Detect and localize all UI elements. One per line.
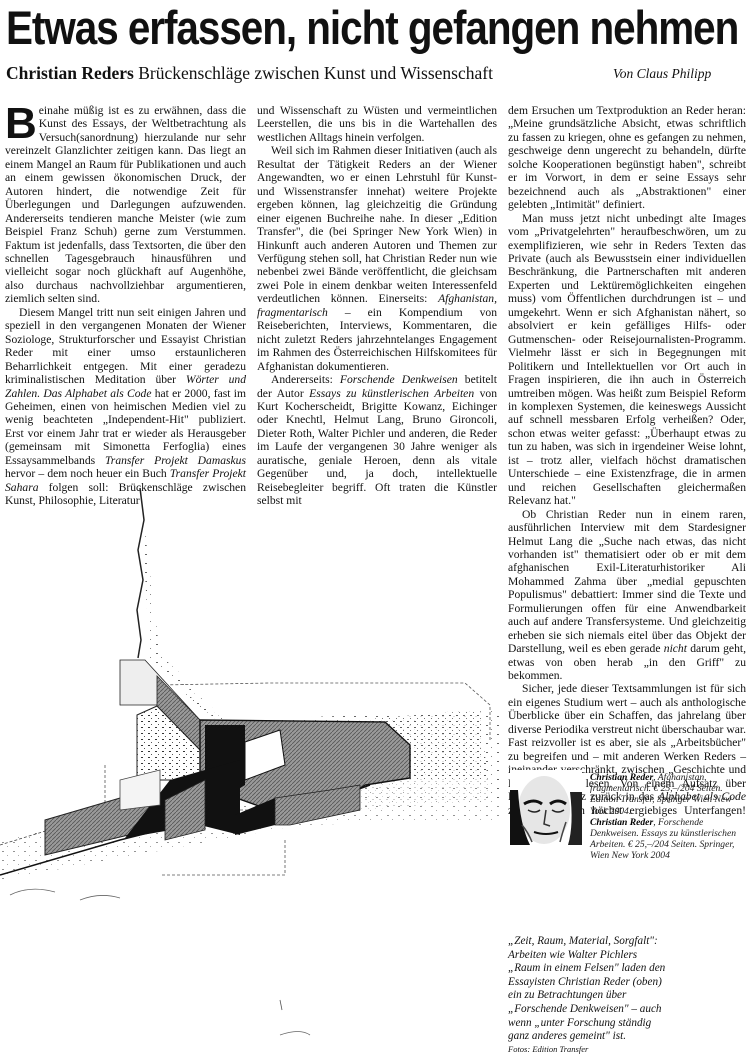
book-author: Christian Reder [590,772,653,783]
book-entry: Christian Reder, Forschende Denkweisen. … [590,817,750,862]
caption-text: „Zeit, Raum, Material, Sorgfalt": Arbeit… [508,935,665,1042]
book-title: Forschende Denkweisen [340,373,458,386]
subtitle-rest: Brückenschläge zwischen Kunst und Wissen… [134,63,493,83]
subtitle-name: Christian Reders [6,63,134,83]
column-1: Beinahe müßig ist es zu erwähnen, dass d… [5,104,246,508]
paragraph: dem Ersuchen um Textproduktion an Reder … [508,104,746,212]
paragraph: Man muss jetzt nicht unbedingt alte Imag… [508,212,746,508]
book-entry: Christian Reder, Afghanistan, fragmentar… [590,772,750,817]
book-info: Christian Reder, Afghanistan, fragmentar… [590,772,750,862]
image-caption: „Zeit, Raum, Material, Sorgfalt": Arbeit… [508,935,668,1055]
paragraph: und Wissenschaft zu Wüsten und vermeintl… [257,104,497,144]
subtitle: Christian Reders Brückenschläge zwischen… [6,62,746,84]
drop-cap: B [5,104,37,142]
paragraph: Beinahe müßig ist es zu erwähnen, dass d… [5,104,246,306]
book-author: Christian Reder [590,817,653,828]
headline: Etwas erfassen, nicht gefangen nehmen [6,2,646,54]
byline: Von Claus Philipp [613,63,711,85]
book-title: Transfer Projekt Damaskus [105,454,246,467]
architectural-illustration [0,480,505,1060]
column-2: und Wissenschaft zu Wüsten und vermeintl… [257,104,497,508]
paragraph: Diesem Mangel tritt nun seit einigen Jah… [5,306,246,508]
photo-credit: Fotos: Edition Transfer [508,1044,668,1055]
portrait-photo [510,770,582,845]
book-title: Essays zu künstlerischen Arbeiten [309,387,474,400]
paragraph: Weil sich im Rahmen dieser Initiativen (… [257,144,497,373]
paragraph: Ob Christian Reder nun in einem raren, a… [508,508,746,683]
column-3: dem Ersuchen um Textproduktion an Reder … [508,104,746,830]
